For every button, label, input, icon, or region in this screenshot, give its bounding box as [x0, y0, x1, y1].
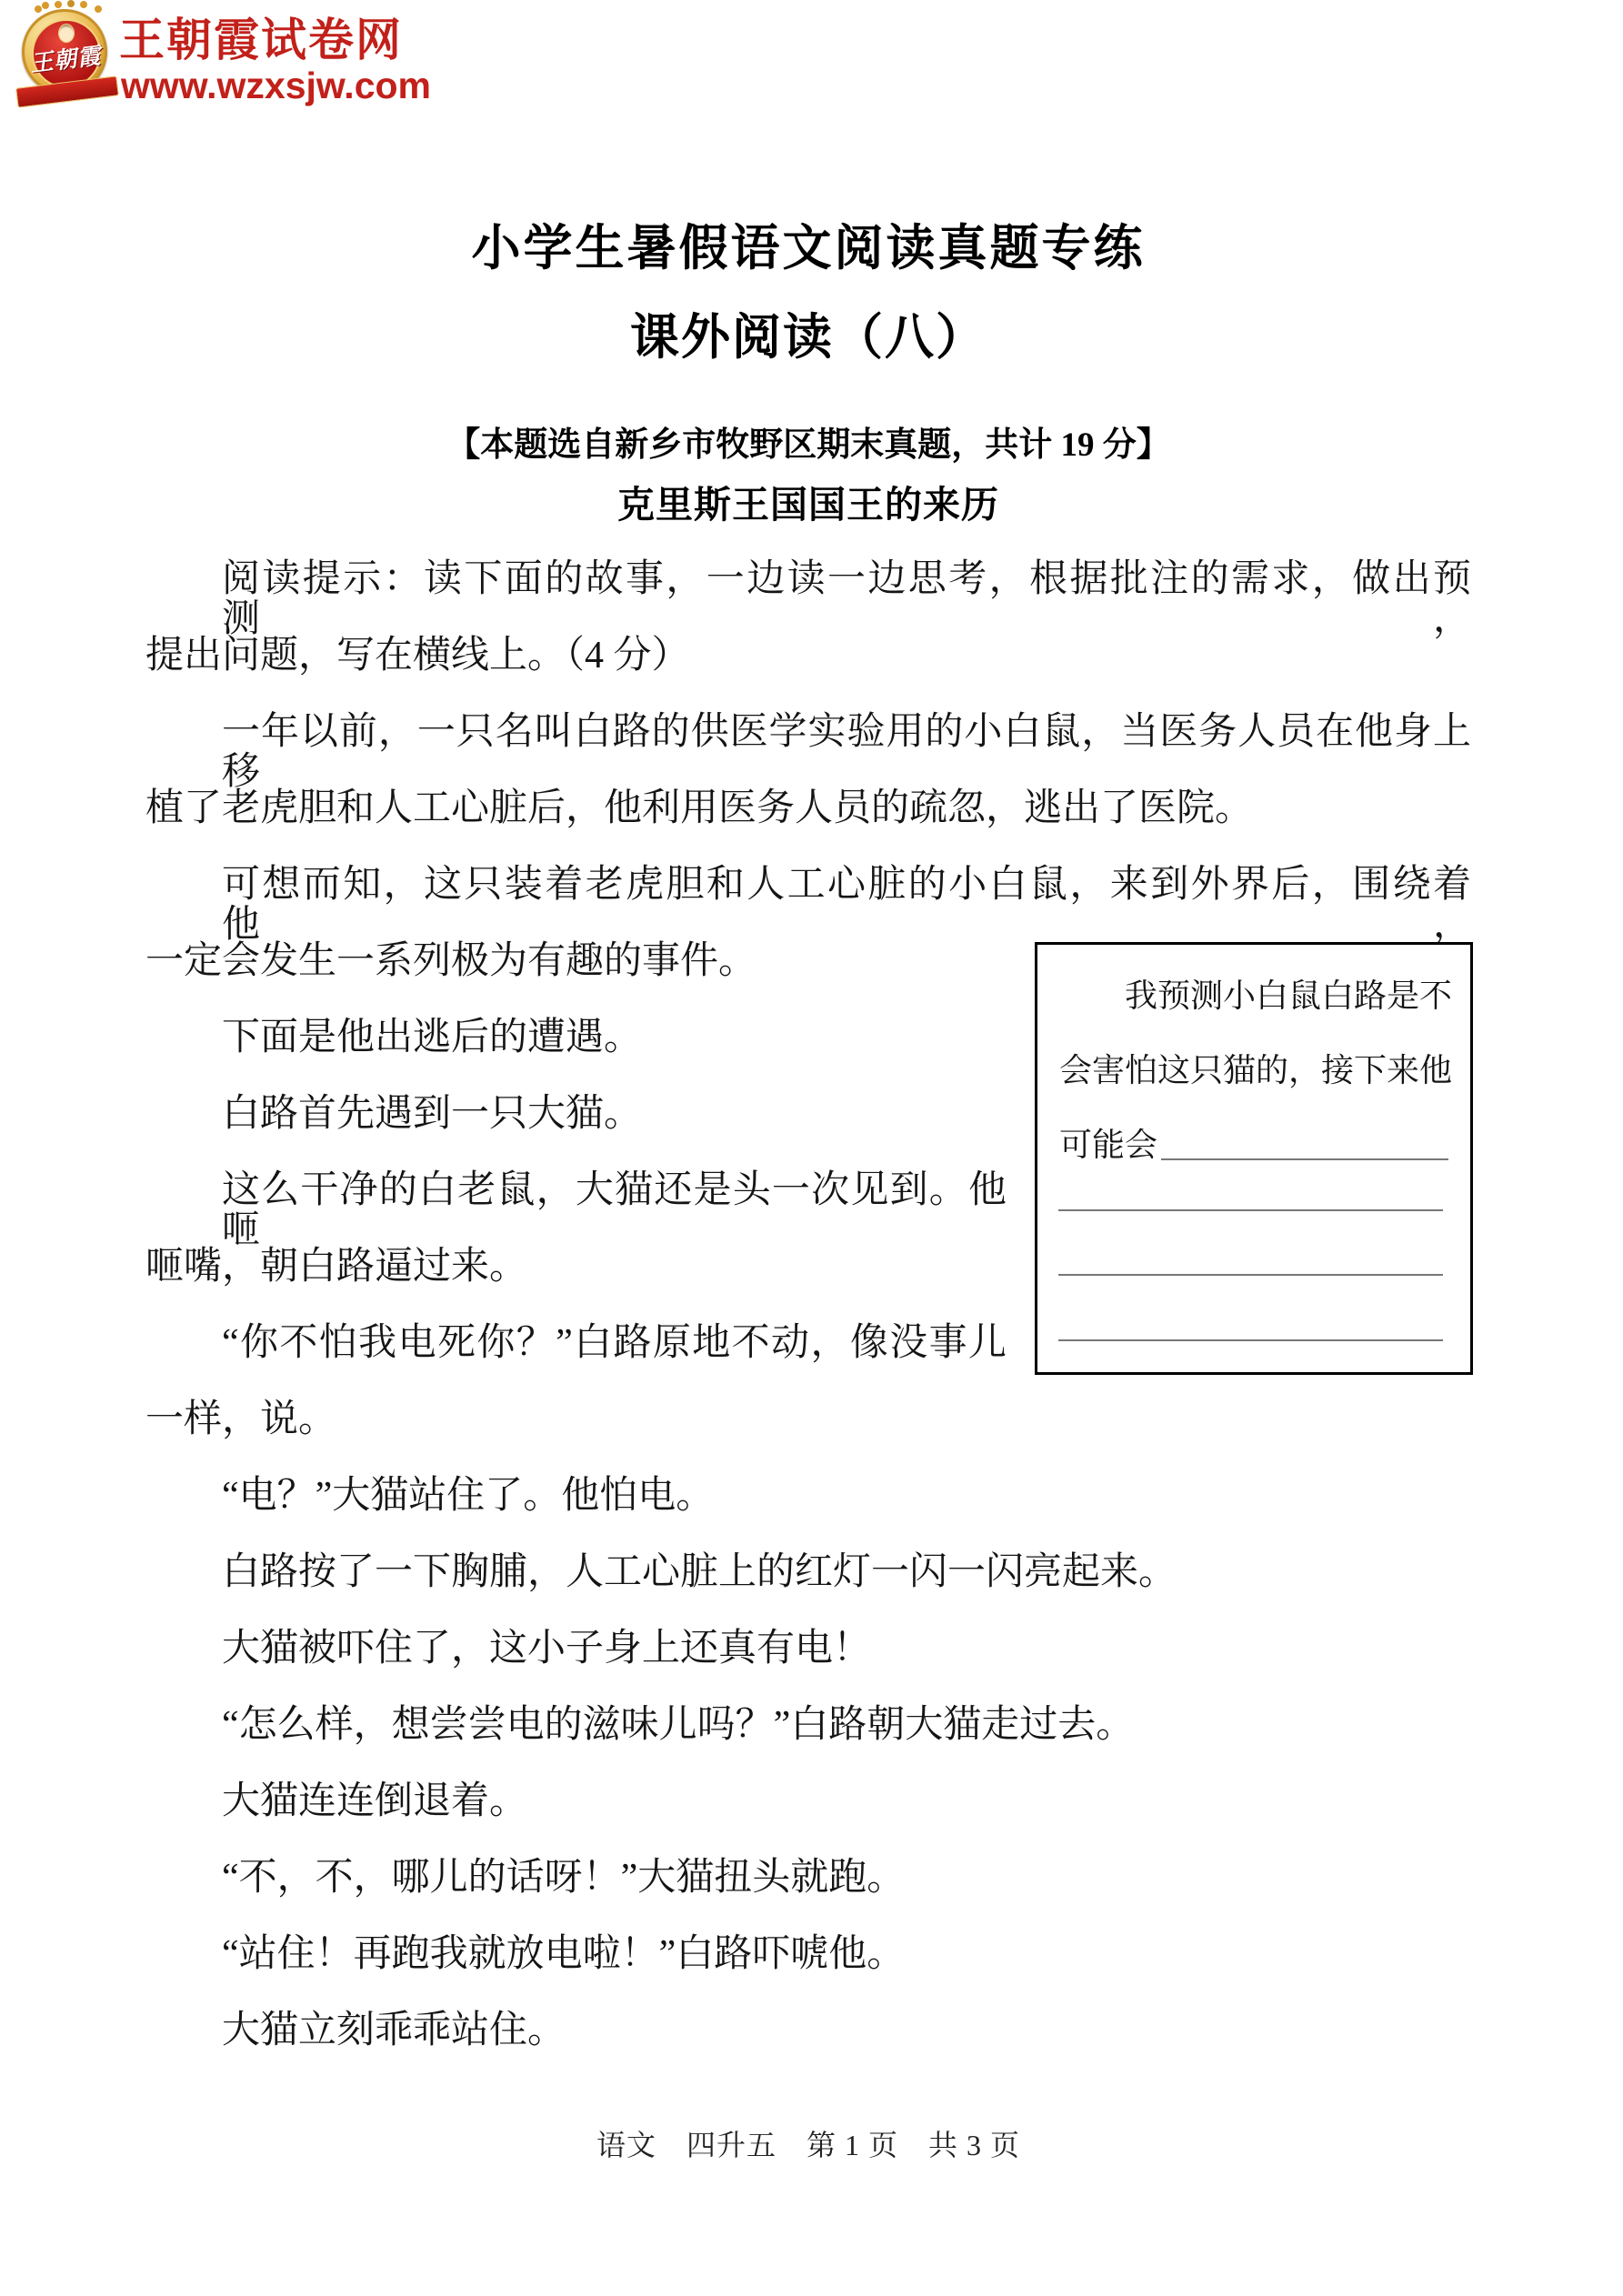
article-line: “站住！再跑我就放电啦！”白路吓唬他。 [145, 1934, 1471, 1974]
answer-blank-line [1058, 1339, 1443, 1341]
brand-name: 王朝霞试卷网 [119, 15, 403, 65]
article-line: 一样，说。 [145, 1399, 1471, 1439]
exam-paper-page: { "header": { "brand": "王朝霞试卷网", "url": … [0, 0, 1623, 2296]
article-line: 大猫立刻乖乖站住。 [145, 2010, 1471, 2050]
medallion-portrait-icon [58, 24, 75, 43]
article-title: 克里斯王国国王的来历 [145, 475, 1471, 528]
article-line: 植了老虎胆和人工心脏后，他利用医务人员的疏忽，逃出了医院。 [145, 788, 1471, 828]
medallion-crown-icon [42, 2, 49, 9]
answer-blank-line [1058, 1274, 1443, 1276]
article-line: 这么干净的白老鼠，大猫还是头一次见到。他咂 [145, 1170, 1007, 1250]
article-line: 一年以前，一只名叫白路的供医学实验用的小白鼠，当医务人员在他身上移 [145, 712, 1471, 792]
note-line-prefix: 可能会 [1059, 1125, 1157, 1165]
article-line: “电？”大猫站住了。他怕电。 [145, 1476, 1471, 1516]
brand-medallion-icon: 王朝霞 [20, 2, 111, 107]
note-line: 我预测小白鼠白路是不 [1059, 976, 1448, 1016]
prediction-note-box: 我预测小白鼠白路是不 会害怕这只猫的，接下来他 可能会 [1035, 942, 1473, 1375]
page-title: 小学生暑假语文阅读真题专练 [145, 209, 1471, 279]
section-title: 课外阅读（八） [145, 298, 1471, 368]
site-logo: 王朝霞 王朝霞试卷网 www.wzxsjw.com [0, 0, 473, 118]
article-line: “怎么样，想尝尝电的滋味儿吗？”白路朝大猫走过去。 [145, 1705, 1471, 1745]
answer-blank-inline [1161, 1158, 1448, 1160]
article-line: 提出问题，写在横线上。（4 分） [145, 636, 1471, 676]
article-line: 大猫被吓住了，这小子身上还真有电！ [145, 1629, 1471, 1669]
answer-blank-line [1058, 1209, 1443, 1211]
article-line: 白路按了一下胸脯，人工心脏上的红灯一闪一闪亮起来。 [145, 1552, 1471, 1592]
article-line: 阅读提示：读下面的故事，一边读一边思考，根据批注的需求，做出预测， [145, 559, 1471, 639]
article-line: 可想而知，这只装着老虎胆和人工心脏的小白鼠，来到外界后，围绕着他， [145, 865, 1471, 945]
note-line: 会害怕这只猫的，接下来他 [1059, 1050, 1448, 1090]
source-note: 【本题选自新乡市牧野区期末真题，共计 19 分】 [145, 416, 1471, 466]
article-line: “不，不，哪儿的话呀！”大猫扭头就跑。 [145, 1858, 1471, 1898]
page-footer: 语文 四升五 第 1 页 共 3 页 [145, 2122, 1471, 2164]
note-line-with-blank: 可能会 [1059, 1125, 1448, 1165]
article-line: “你不怕我电死你？”白路原地不动，像没事儿 [145, 1323, 1007, 1363]
brand-url: www.wzxsjw.com [121, 65, 431, 105]
article-line: 大猫连连倒退着。 [145, 1781, 1471, 1821]
